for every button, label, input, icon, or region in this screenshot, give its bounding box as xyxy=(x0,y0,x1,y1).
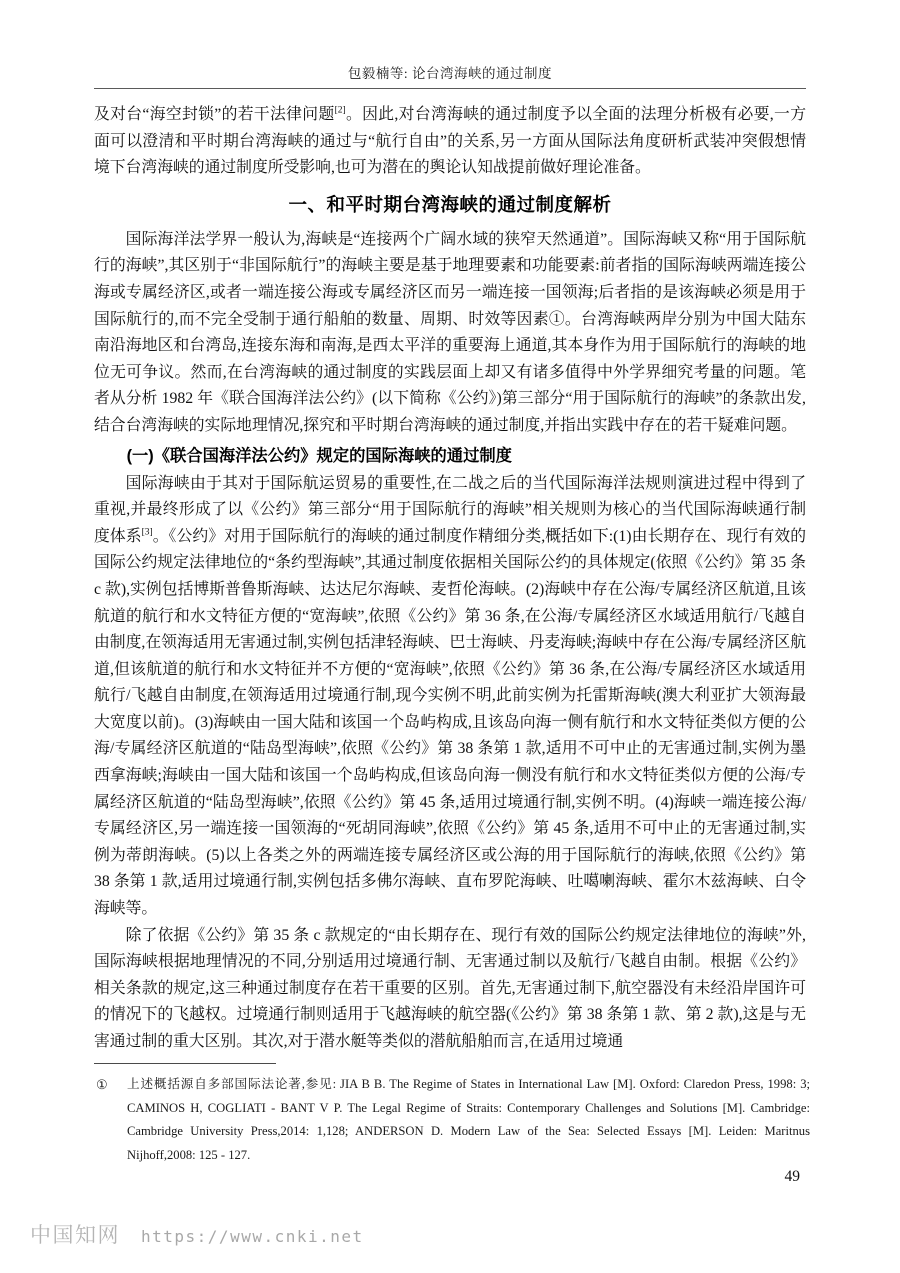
footnote-marker: ① xyxy=(96,1073,108,1097)
page-number: 49 xyxy=(785,1168,801,1186)
paragraph-continuation: 及对台“海空封锁”的若干法律问题[2]。因此,对台湾海峡的通过制度予以全面的法理… xyxy=(94,102,806,182)
paragraph-unclos-classification: 国际海峡由于其对于国际航运贸易的重要性,在二战之后的当代国际海洋法规则演进过程中… xyxy=(94,471,806,923)
paragraph-strait-definition: 国际海洋法学界一般认为,海峡是“连接两个广阔水域的狭窄天然通道”。国际海峡又称“… xyxy=(94,227,806,440)
cnki-site-url: https://www.cnki.net xyxy=(141,1227,364,1246)
paragraph-regime-differences: 除了依据《公约》第 35 条 c 款规定的“由长期存在、现行有效的国际公约规定法… xyxy=(94,923,806,1056)
article-body: 及对台“海空封锁”的若干法律问题[2]。因此,对台湾海峡的通过制度予以全面的法理… xyxy=(94,102,806,1056)
footnote-reference: [3] xyxy=(142,527,153,537)
footnote-1: ① 上述概括源自多部国际法论著,参见: JIA B B. The Regime … xyxy=(94,1073,810,1167)
header-rule xyxy=(94,88,806,89)
section-heading-1: 一、和平时期台湾海峡的通过制度解析 xyxy=(94,193,806,217)
running-title: 包毅楠等: 论台湾海峡的通过制度 xyxy=(0,0,900,81)
footnote-reference: [2] xyxy=(335,106,346,116)
cnki-watermark: 中国知网 https://www.cnki.net xyxy=(30,1219,364,1249)
cnki-site-name: 中国知网 xyxy=(30,1219,120,1249)
footnote-text: 上述概括源自多部国际法论著,参见: JIA B B. The Regime of… xyxy=(94,1073,810,1167)
footnote-rule xyxy=(94,1063,276,1064)
journal-page: 包毅楠等: 论台湾海峡的通过制度 及对台“海空封锁”的若干法律问题[2]。因此,… xyxy=(0,0,900,1273)
subsection-heading-1-1: (一)《联合国海洋法公约》规定的国际海峡的通过制度 xyxy=(94,444,806,468)
